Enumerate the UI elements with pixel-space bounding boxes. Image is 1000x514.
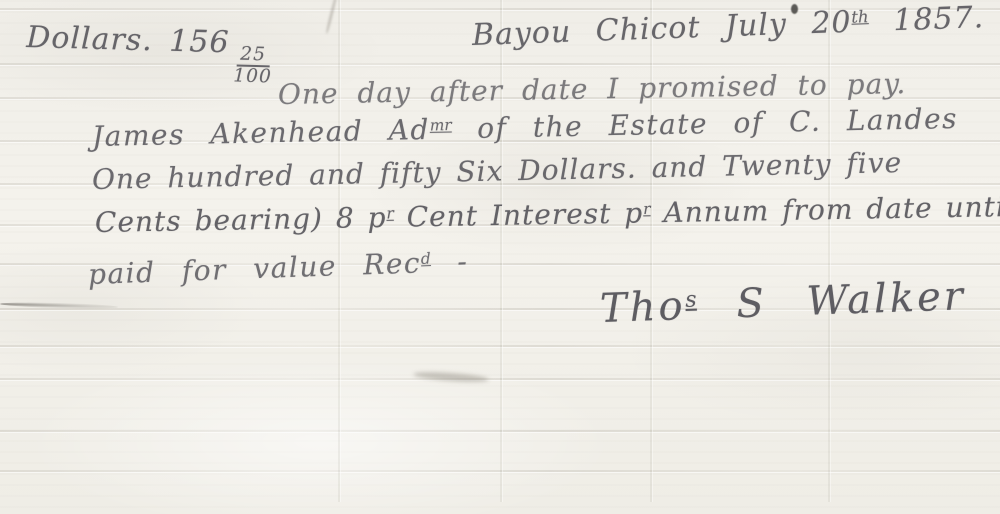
- body-line-4: Cents bearing) 8 pr Cent Interest pr Ann…: [95, 190, 1000, 239]
- smudge-mark: [413, 370, 489, 383]
- amount-whole: 156: [169, 24, 230, 61]
- body-line-4-text: Annum from date until: [663, 190, 1000, 229]
- abbreviation-superscript: r: [643, 200, 651, 218]
- body-line-2-text: James Akenhead Ad: [92, 113, 430, 153]
- date-ordinal: th: [851, 7, 869, 27]
- body-line-3: One hundred and fifty Six Dollars. and T…: [92, 146, 903, 196]
- amount-currency-word: Dollars.: [26, 20, 153, 58]
- year-text: 1857.: [893, 0, 985, 38]
- signature-superscript: s: [685, 288, 697, 313]
- body-line-2-text: of the Estate of C. Landes: [477, 102, 958, 145]
- fraction-numerator: 25: [236, 44, 270, 67]
- amount-fraction: 25100: [233, 44, 273, 87]
- body-line-3-text: One hundred and fifty Six Dollars. and T…: [92, 146, 903, 196]
- body-line-4-text: Cent Interest p: [406, 196, 643, 233]
- body-line-5: paid for value Recd -: [87, 245, 468, 291]
- body-line-5-text: paid for value Rec: [87, 246, 421, 291]
- fraction-denominator: 100: [233, 66, 272, 87]
- abbreviation-superscript: mr: [430, 116, 452, 134]
- body-line-4-text: Cents bearing) 8 p: [95, 201, 387, 239]
- abbreviation-superscript: r: [386, 204, 394, 222]
- amount-line: Dollars. 15625100: [25, 20, 273, 87]
- body-line-5-text: -: [457, 245, 469, 278]
- paper-sheet: Dollars. 15625100 Bayou Chicot July 20th…: [0, 0, 1000, 514]
- signature: Thos S Walker: [599, 273, 966, 332]
- place-name: Bayou Chicot: [471, 10, 701, 53]
- date-text: July 20: [724, 5, 852, 44]
- document-scan: Dollars. 15625100 Bayou Chicot July 20th…: [0, 0, 1000, 514]
- abbreviation-superscript: d: [421, 250, 431, 268]
- fold-mark: [325, 0, 338, 34]
- signature-text: S Walker: [736, 273, 967, 327]
- signature-text: Tho: [599, 283, 686, 332]
